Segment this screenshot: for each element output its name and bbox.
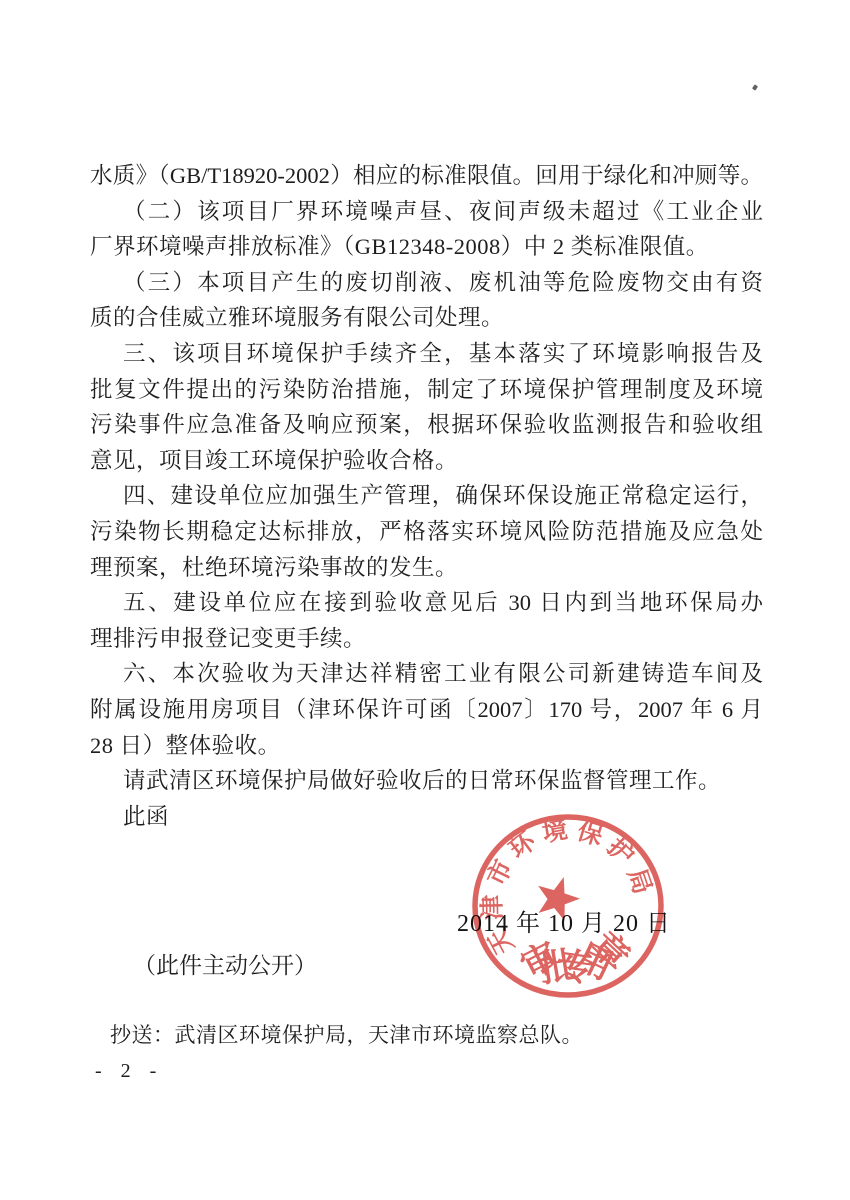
document-line: 三、该项目环境保护手续齐全，基本落实了环境影响报告及 bbox=[90, 336, 763, 372]
publicity-note: （此件主动公开） bbox=[133, 947, 317, 980]
document-page: 水质》（GB/T18920-2002）相应的标准限值。回用于绿化和冲厕等。（二）… bbox=[0, 0, 850, 1200]
document-line: 批复文件提出的污染防治措施，制定了环境保护管理制度及环境 bbox=[90, 372, 763, 408]
official-seal: 天津市环境保护局 审批专用章 bbox=[440, 775, 700, 1045]
document-line: 附属设施用房项目（津环保许可函〔2007〕170 号，2007 年 6 月 bbox=[90, 692, 763, 728]
svg-text:津: 津 bbox=[478, 894, 506, 920]
document-line: 理排污申报登记变更手续。 bbox=[90, 621, 763, 657]
svg-text:境: 境 bbox=[540, 815, 570, 848]
document-line: 厂界环境噪声排放标准》（GB12348-2008）中 2 类标准限值。 bbox=[90, 229, 763, 265]
svg-text:护: 护 bbox=[602, 832, 640, 870]
document-line: 污染事件应急准备及响应预案，根据环保验收监测报告和验收组 bbox=[90, 407, 763, 443]
document-line: （二）该项目厂界环境噪声昼、夜间声级未超过《工业企业 bbox=[90, 194, 763, 230]
document-line: 四、建设单位应加强生产管理，确保环保设施正常稳定运行， bbox=[90, 478, 763, 514]
document-body: 水质》（GB/T18920-2002）相应的标准限值。回用于绿化和冲厕等。（二）… bbox=[90, 158, 763, 834]
scan-artifact-dot bbox=[752, 84, 758, 90]
page-number: - 2 - bbox=[95, 1060, 163, 1083]
document-line: 28 日）整体验收。 bbox=[90, 728, 763, 764]
document-line: 质的合佳威立雅环境服务有限公司处理。 bbox=[90, 300, 763, 336]
star-icon bbox=[538, 877, 580, 921]
document-line: 六、本次验收为天津达祥精密工业有限公司新建铸造车间及 bbox=[90, 656, 763, 692]
document-line: （三）本项目产生的废切削液、废机油等危险废物交由有资 bbox=[90, 265, 763, 301]
document-line: 五、建设单位应在接到验收意见后 30 日内到当地环保局办 bbox=[90, 585, 763, 621]
document-line: 意见，项目竣工环境保护验收合格。 bbox=[90, 443, 763, 479]
document-line: 水质》（GB/T18920-2002）相应的标准限值。回用于绿化和冲厕等。 bbox=[90, 158, 763, 194]
document-line: 理预案，杜绝环境污染事故的发生。 bbox=[90, 550, 763, 586]
svg-text:环: 环 bbox=[504, 826, 542, 864]
document-line: 污染物长期稳定达标排放，严格落实环境风险防范措施及应急处 bbox=[90, 514, 763, 550]
